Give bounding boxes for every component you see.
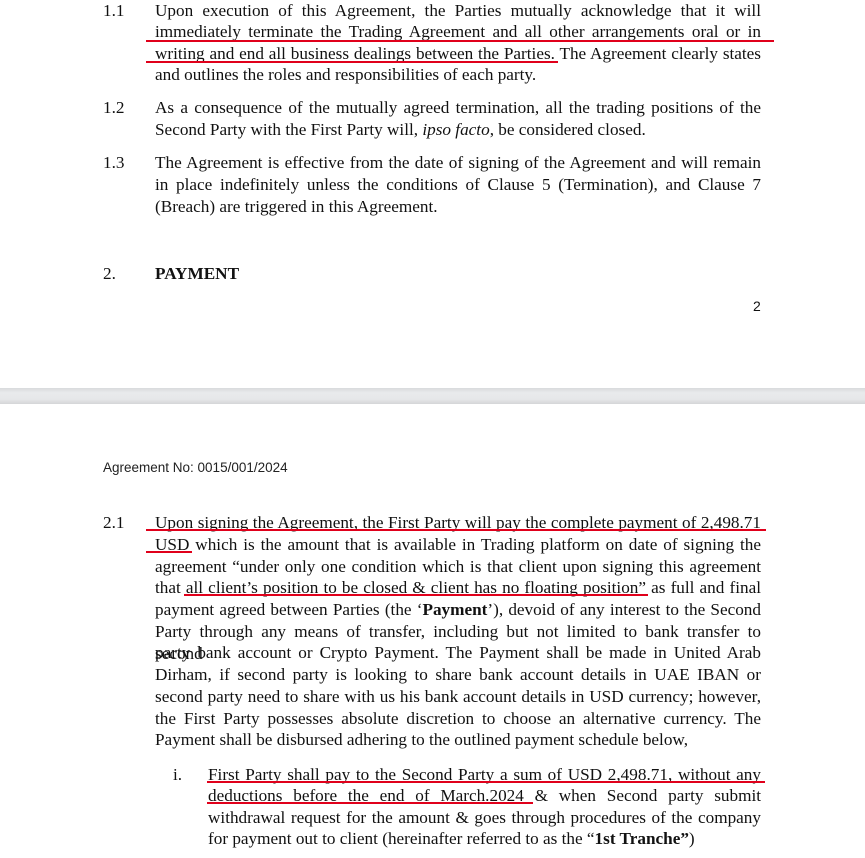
tranche-i-line: for payment out to client (hereinafter r… [208,828,695,850]
defined-term-payment: Payment [422,600,487,619]
clause-1-1-line: and outlines the roles and responsibilit… [155,64,536,86]
red-underline-annotation [207,802,533,804]
page-number: 2 [753,298,761,314]
section-number: 2. [103,263,116,285]
red-underline-annotation [146,529,766,531]
text: for payment out to client (hereinafter r… [208,829,595,848]
text: ) [689,829,695,848]
clause-2-1-line: party bank account or Crypto Payment. Th… [155,642,761,664]
red-underline-annotation [184,594,648,596]
agreement-number-header: Agreement No: 0015/001/2024 [103,460,288,475]
text: , be considered closed. [490,120,646,139]
clause-number: 2.1 [103,512,124,534]
text: payment agreed between Parties (the ‘ [155,600,422,619]
clause-2-1-line: second party need to share with us his b… [155,686,761,708]
clause-2-1-line: USD which is the amount that is availabl… [155,534,761,556]
clause-2-1-line: Dirham, if second party is looking to sh… [155,664,761,686]
clause-1-2-line: As a consequence of the mutually agreed … [155,97,761,119]
defined-term-1st-tranche: 1st Tranche” [595,829,689,848]
clause-2-1-line: payment agreed between Parties (the ‘Pay… [155,599,761,621]
clause-2-1-line: Payment shall be disbursed adhering to t… [155,729,688,751]
red-underline-annotation [207,781,765,783]
document-page-3: Agreement No: 0015/001/2024 2.1 Upon sig… [0,404,865,858]
text: which is the amount that is available in… [189,535,761,554]
page-separator [0,388,865,404]
clause-1-3-line: The Agreement is effective from the date… [155,152,761,174]
italic-term: ipso facto [422,120,489,139]
text: ’), devoid of any interest to the Second [487,600,761,619]
clause-1-3-line: (Breach) are triggered in this Agreement… [155,196,438,218]
document-page-2: 1.1 Upon execution of this Agreement, th… [0,0,865,388]
clause-1-1-line: Upon execution of this Agreement, the Pa… [155,0,761,22]
clause-1-2-line: Second Party with the First Party will, … [155,119,646,141]
clause-number: 1.2 [103,97,124,119]
red-underline-annotation [146,551,192,553]
tranche-i-line: withdrawal request for the amount & goes… [208,807,761,829]
list-marker: i. [173,764,182,786]
text: & when Second party submit [535,786,761,805]
red-underline-annotation [146,40,774,42]
clause-1-3-line: in place indefinitely unless the conditi… [155,174,761,196]
clause-number: 1.1 [103,0,124,22]
clause-2-1-line: the First Party possesses absolute discr… [155,708,761,730]
red-underline-annotation [146,61,558,63]
clause-2-1-line: agreement “under only one condition whic… [155,556,761,578]
text: Second Party with the First Party will, [155,120,422,139]
text: that [155,578,186,597]
text: ” as full and final [638,578,761,597]
clause-number: 1.3 [103,152,124,174]
section-heading-payment: PAYMENT [155,263,239,285]
